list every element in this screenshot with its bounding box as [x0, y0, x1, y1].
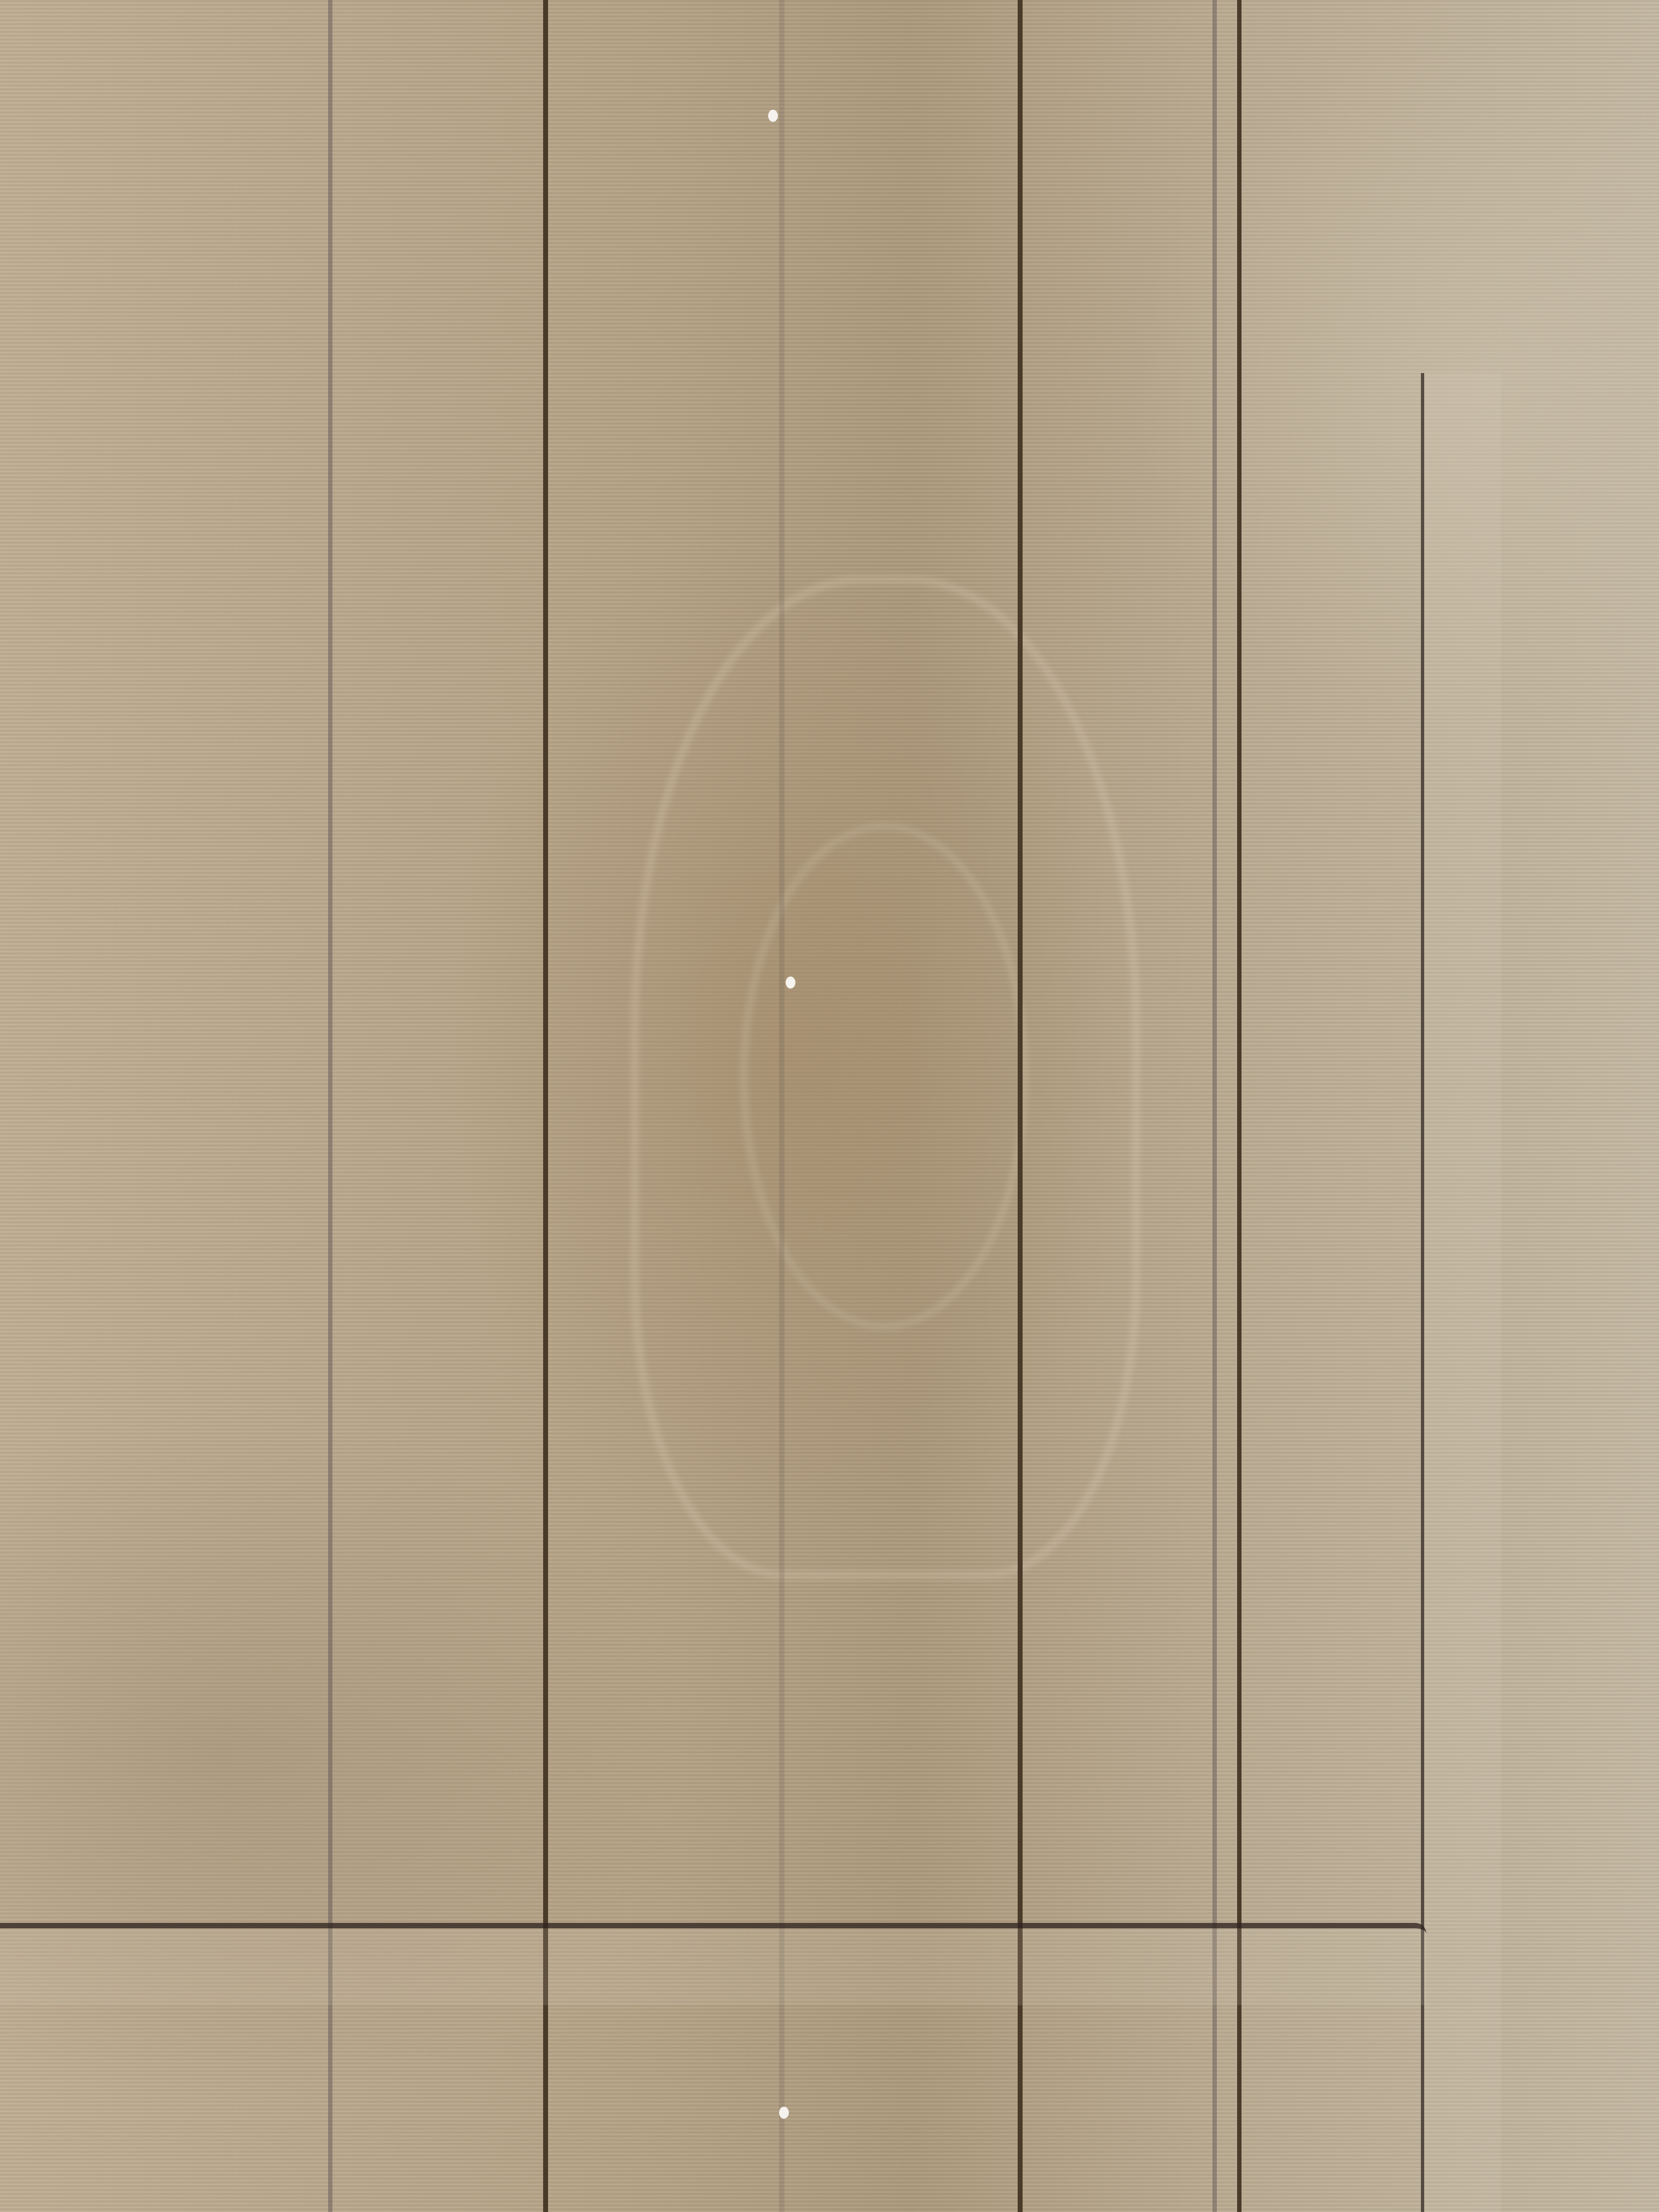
paper-hole-1	[768, 110, 778, 122]
vertical-ruler	[1421, 373, 1501, 2212]
column-line-2	[1018, 0, 1023, 2212]
column-line-faint-2	[779, 0, 785, 2212]
column-line-faint-3	[1212, 0, 1217, 2212]
column-line-3	[1237, 0, 1242, 2212]
paper-hole-3	[779, 2107, 789, 2119]
horizontal-ruler	[0, 1923, 1426, 2005]
column-line-faint-1	[328, 0, 332, 2212]
paper-hole-2	[786, 977, 795, 989]
column-line-1	[543, 0, 548, 2212]
